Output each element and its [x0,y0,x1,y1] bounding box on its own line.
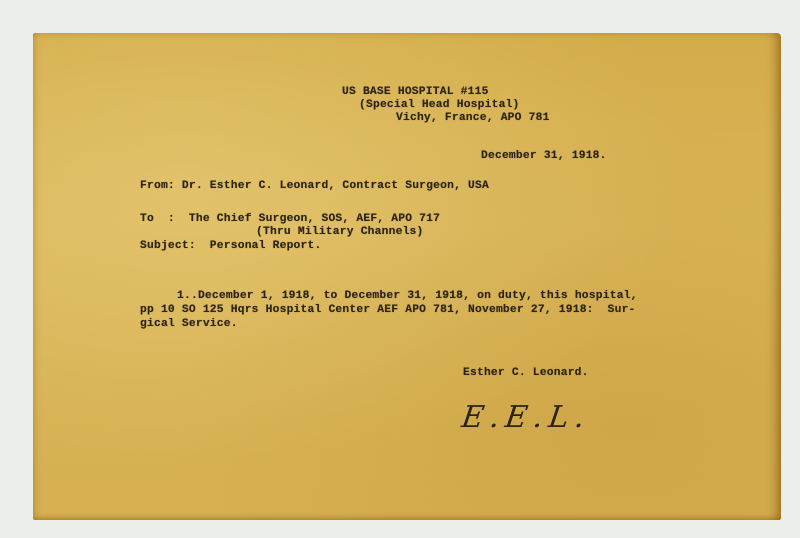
letterhead-line-1: US BASE HOSPITAL #115 [342,86,489,99]
body-line-2: pp 10 SO 125 Hqrs Hospital Center AEF AP… [140,304,636,317]
to-note: (Thru Military Channels) [256,226,424,239]
body-line-1: 1..December 1, 1918, to December 31, 191… [177,290,638,303]
to-line: To : The Chief Surgeon, SOS, AEF, APO 71… [140,213,440,226]
handwritten-initials: E.E.L. [460,400,593,435]
body-line-3: gical Service. [140,318,238,331]
typed-signature: Esther C. Leonard. [463,367,589,380]
subject-line: Subject: Personal Report. [140,240,321,253]
document-date: December 31, 1918. [481,150,607,163]
letterhead-line-2: (Special Head Hospital) [359,99,520,112]
letterhead-line-3: Vichy, France, APO 781 [396,112,550,125]
from-line: From: Dr. Esther C. Leonard, Contract Su… [140,180,489,193]
